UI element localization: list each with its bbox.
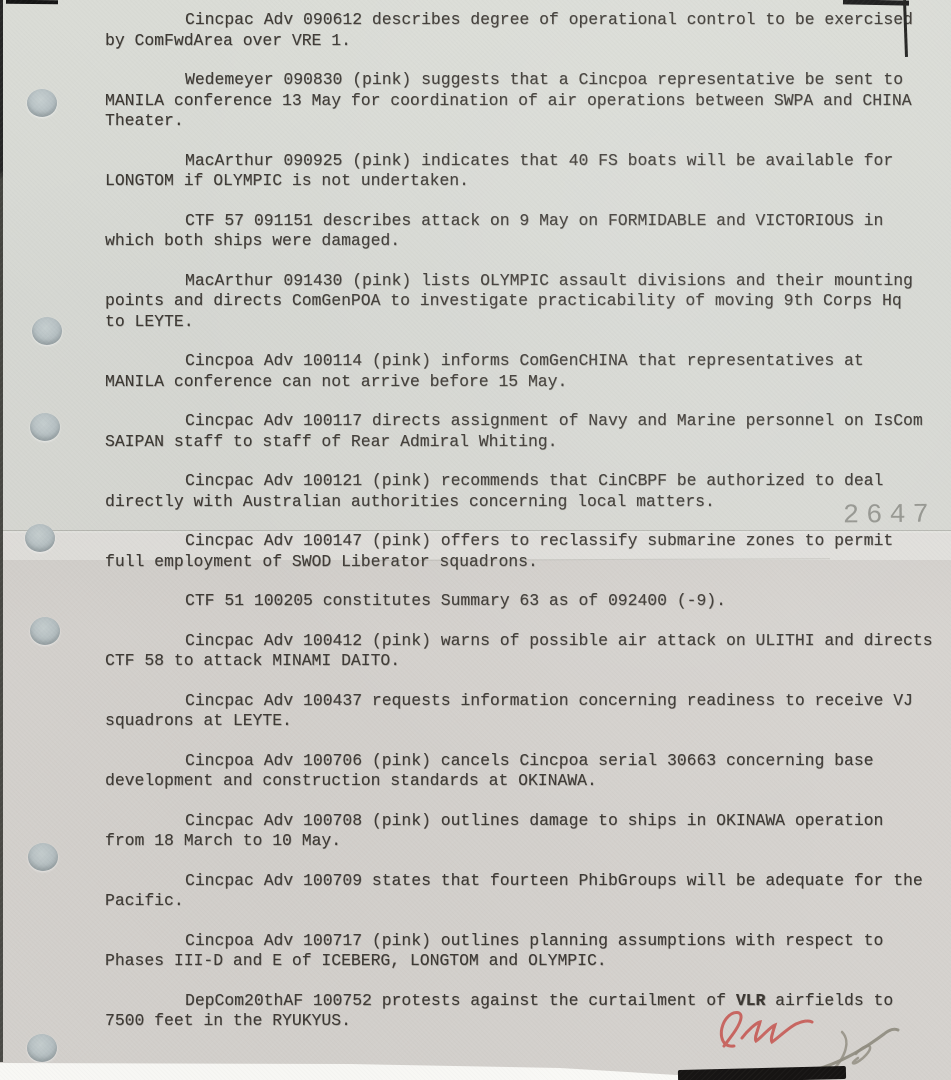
text-line: CTF 57 091151 describes attack on 9 May … [105, 211, 951, 232]
text-line: Cincpac Adv 100709 states that fourteen … [105, 871, 951, 892]
paragraph: Cincpac Adv 100121 (pink) recommends tha… [105, 471, 951, 512]
text-line: points and directs ComGenPOA to investig… [105, 291, 951, 312]
text-line: MANILA conference can not arrive before … [105, 372, 951, 393]
paragraph: Cincpac Adv 090612 describes degree of o… [105, 10, 951, 51]
paragraph: Cincpac Adv 100147 (pink) offers to recl… [105, 531, 951, 572]
text-line: squadrons at LEYTE. [105, 711, 951, 732]
scanned-document-page: Cincpac Adv 090612 describes degree of o… [0, 0, 951, 1080]
text-line: Cincpac Adv 100708 (pink) outlines damag… [105, 811, 951, 832]
text-line: Cincpac Adv 100147 (pink) offers to recl… [105, 531, 951, 552]
paragraph: CTF 57 091151 describes attack on 9 May … [105, 211, 951, 252]
paragraph: Cincpac Adv 100708 (pink) outlines damag… [105, 811, 951, 852]
text-line: development and construction standards a… [105, 771, 951, 792]
paragraph: Wedemeyer 090830 (pink) suggests that a … [105, 70, 951, 132]
text-line: LONGTOM if OLYMPIC is not undertaken. [105, 171, 951, 192]
text-line: Cincpac Adv 090612 describes degree of o… [105, 10, 951, 31]
paragraph: MacArthur 091430 (pink) lists OLYMPIC as… [105, 271, 951, 333]
paragraph: Cincpac Adv 100117 directs assignment of… [105, 411, 951, 452]
paragraph: Cincpac Adv 100709 states that fourteen … [105, 871, 951, 912]
text-line: Cincpoa Adv 100114 (pink) informs ComGen… [105, 351, 951, 372]
text-line: Pacific. [105, 891, 951, 912]
text-line: MacArthur 090925 (pink) indicates that 4… [105, 151, 951, 172]
paragraph: CTF 51 100205 constitutes Summary 63 as … [105, 591, 951, 612]
text-line: full employment of SWOD Liberator squadr… [105, 552, 951, 573]
paragraph: MacArthur 090925 (pink) indicates that 4… [105, 151, 951, 192]
document-text: Cincpac Adv 090612 describes degree of o… [0, 0, 951, 1051]
text-line: Cincpac Adv 100437 requests information … [105, 691, 951, 712]
text-line: CTF 58 to attack MINAMI DAITO. [105, 651, 951, 672]
text-line: MacArthur 091430 (pink) lists OLYMPIC as… [105, 271, 951, 292]
paragraph: Cincpoa Adv 100114 (pink) informs ComGen… [105, 351, 951, 392]
page-number-stamp: 2647 [843, 501, 936, 532]
text-line: Wedemeyer 090830 (pink) suggests that a … [105, 70, 951, 91]
text-line: Cincpac Adv 100412 (pink) warns of possi… [105, 631, 951, 652]
text-line: directly with Australian authorities con… [105, 492, 951, 513]
text-line: MANILA conference 13 May for coordinatio… [105, 91, 951, 112]
text-line: to LEYTE. [105, 312, 951, 333]
text-line: DepCom20thAF 100752 protests against the… [105, 991, 951, 1012]
text-line: by ComFwdArea over VRE 1. [105, 31, 951, 52]
paragraph: Cincpoa Adv 100706 (pink) cancels Cincpo… [105, 751, 951, 792]
text-line: Cincpoa Adv 100706 (pink) cancels Cincpo… [105, 751, 951, 772]
paragraph: Cincpoa Adv 100717 (pink) outlines plann… [105, 931, 951, 972]
scan-edge-left [0, 0, 3, 1062]
text-line: CTF 51 100205 constitutes Summary 63 as … [105, 591, 951, 612]
paragraph: Cincpac Adv 100412 (pink) warns of possi… [105, 631, 951, 672]
paragraph: Cincpac Adv 100437 requests information … [105, 691, 951, 732]
text-line: from 18 March to 10 May. [105, 831, 951, 852]
text-line: Theater. [105, 111, 951, 132]
text-line: Phases III-D and E of ICEBERG, LONGTOM a… [105, 951, 951, 972]
text-line: Cincpoa Adv 100717 (pink) outlines plann… [105, 931, 951, 952]
text-line: SAIPAN staff to staff of Rear Admiral Wh… [105, 432, 951, 453]
text-line: which both ships were damaged. [105, 231, 951, 252]
text-line: Cincpac Adv 100121 (pink) recommends tha… [105, 471, 951, 492]
scan-mark-top-left [6, 0, 58, 4]
text-line: Cincpac Adv 100117 directs assignment of… [105, 411, 951, 432]
